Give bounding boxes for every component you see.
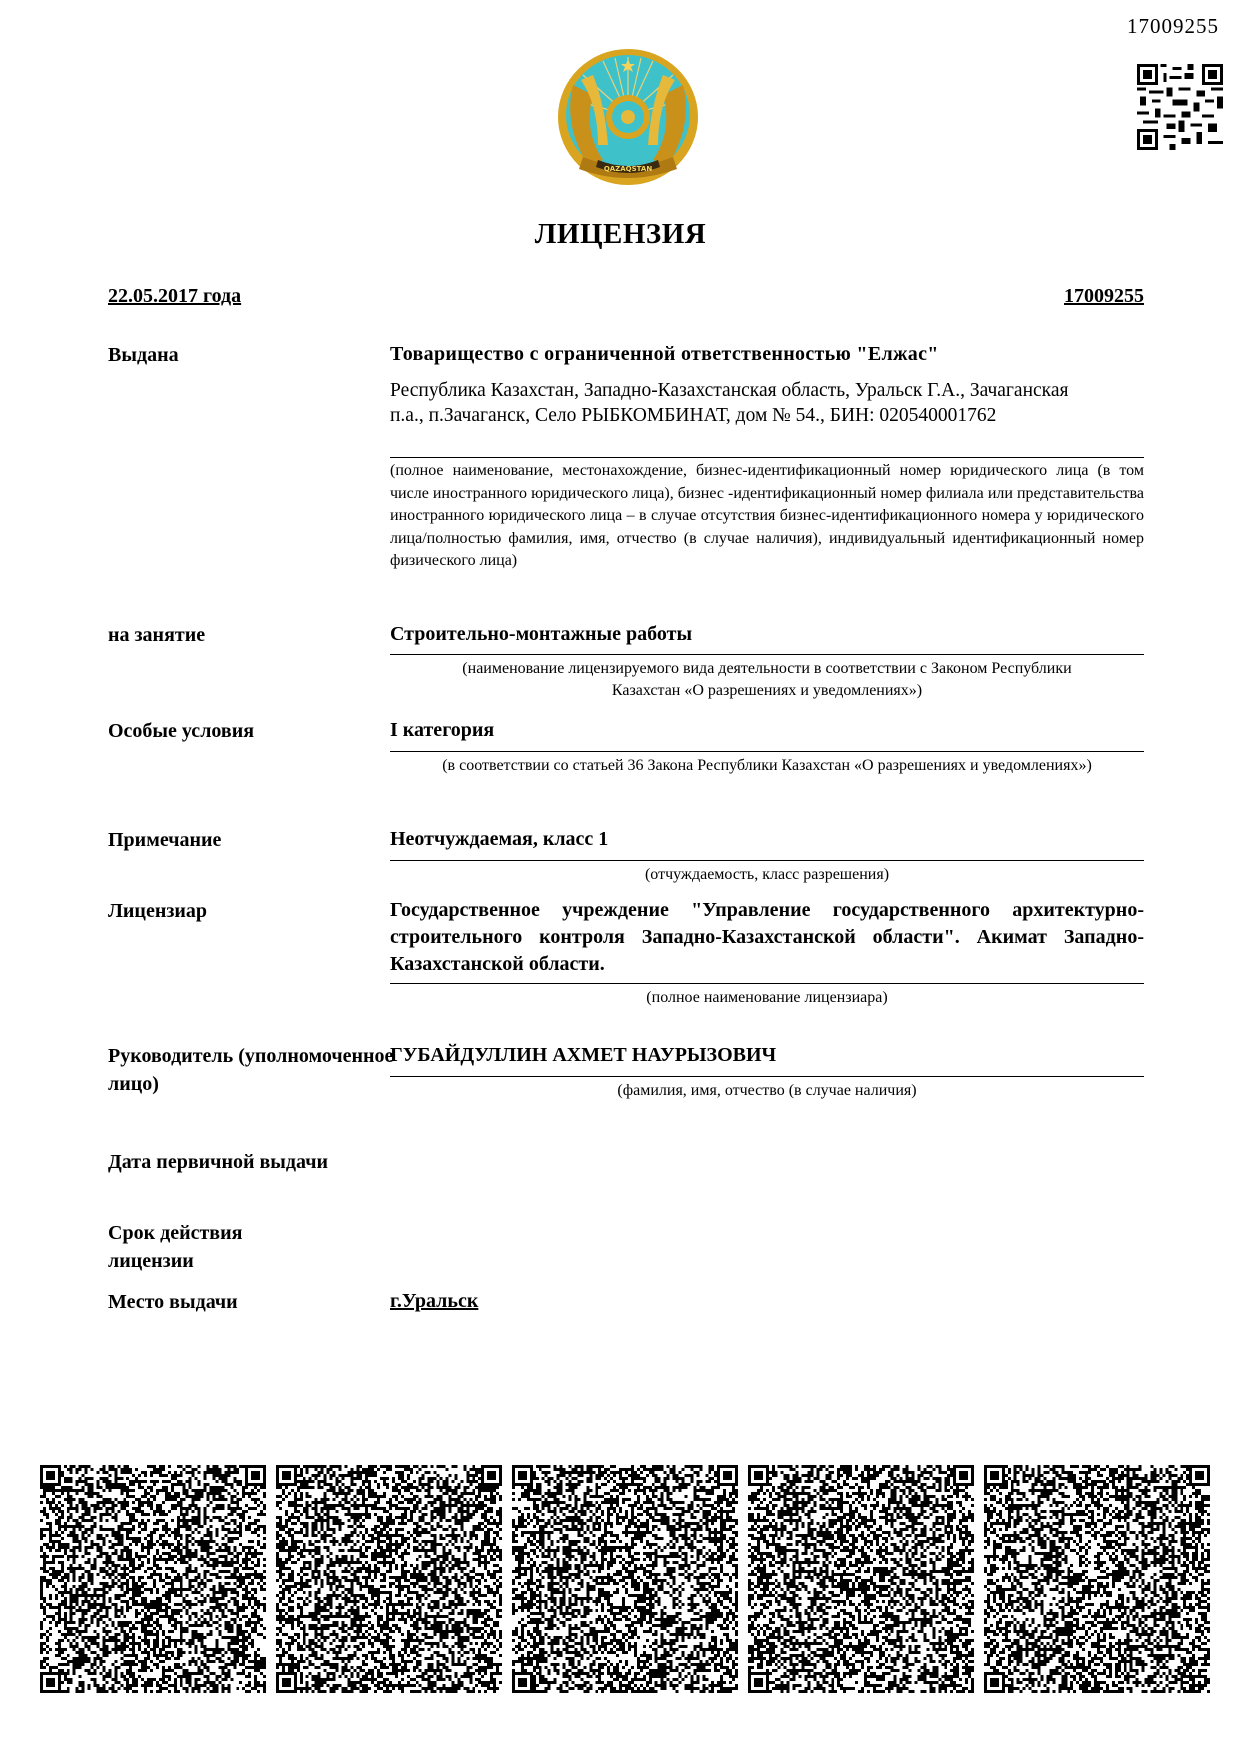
head-hint: (фамилия, имя, отчество (в случае наличи… bbox=[390, 1080, 1144, 1102]
licensor-value: Государственное учреждение "Управление г… bbox=[390, 897, 1144, 978]
qr-code-icon bbox=[1137, 64, 1223, 150]
place-of-issue-label: Место выдачи bbox=[108, 1288, 238, 1316]
divider bbox=[390, 860, 1144, 861]
document-title: ЛИЦЕНЗИЯ bbox=[0, 218, 1241, 251]
validity-label: Срок действия лицензии bbox=[108, 1219, 288, 1275]
qr-code-icon bbox=[512, 1465, 738, 1693]
issued-to-name: Товарищество с ограниченной ответственно… bbox=[390, 341, 1144, 368]
issued-to-hint: (полное наименование, местонахождение, б… bbox=[390, 460, 1144, 573]
licensor-hint: (полное наименование лицензиара) bbox=[390, 987, 1144, 1009]
activity-value: Строительно-монтажные работы bbox=[390, 621, 1144, 648]
special-conditions-hint: (в соответствии со статьей 36 Закона Рес… bbox=[390, 755, 1144, 777]
state-emblem: QAZAQSTAN bbox=[553, 45, 703, 190]
qr-code-icon bbox=[40, 1465, 266, 1693]
kazakhstan-state-emblem-icon: QAZAQSTAN bbox=[553, 45, 703, 190]
note-value: Неотчуждаемая, класс 1 bbox=[390, 826, 1144, 853]
qr-codes-row bbox=[40, 1465, 1210, 1695]
head-label: Руководитель (уполномоченное лицо) bbox=[108, 1042, 398, 1098]
divider bbox=[390, 1076, 1144, 1077]
note-label: Примечание bbox=[108, 826, 221, 854]
issue-date: 22.05.2017 года bbox=[108, 285, 241, 308]
qr-code-icon bbox=[748, 1465, 974, 1693]
license-number: 17009255 bbox=[1064, 285, 1144, 308]
qr-code-icon bbox=[984, 1465, 1210, 1693]
special-conditions-label: Особые условия bbox=[108, 717, 254, 745]
first-issue-date-label: Дата первичной выдачи bbox=[108, 1148, 328, 1176]
divider bbox=[390, 983, 1144, 984]
activity-hint: (наименование лицензируемого вида деятел… bbox=[390, 658, 1144, 702]
divider bbox=[390, 457, 1144, 458]
licensor-label: Лицензиар bbox=[108, 897, 207, 925]
divider bbox=[390, 654, 1144, 655]
top-document-number: 17009255 bbox=[1127, 14, 1219, 39]
note-hint: (отчуждаемость, класс разрешения) bbox=[390, 864, 1144, 886]
activity-label: на занятие bbox=[108, 621, 205, 649]
issued-to-label: Выдана bbox=[108, 341, 179, 369]
issued-to-address: Республика Казахстан, Западно-Казахстанс… bbox=[390, 378, 1090, 428]
divider bbox=[390, 751, 1144, 752]
head-value: ГУБАЙДУЛЛИН АХМЕТ НАУРЫЗОВИЧ bbox=[390, 1042, 1144, 1069]
qr-code-icon bbox=[276, 1465, 502, 1693]
place-of-issue-value: г.Уральск bbox=[390, 1288, 1144, 1315]
svg-text:QAZAQSTAN: QAZAQSTAN bbox=[604, 165, 653, 173]
special-conditions-value: I категория bbox=[390, 717, 1144, 744]
